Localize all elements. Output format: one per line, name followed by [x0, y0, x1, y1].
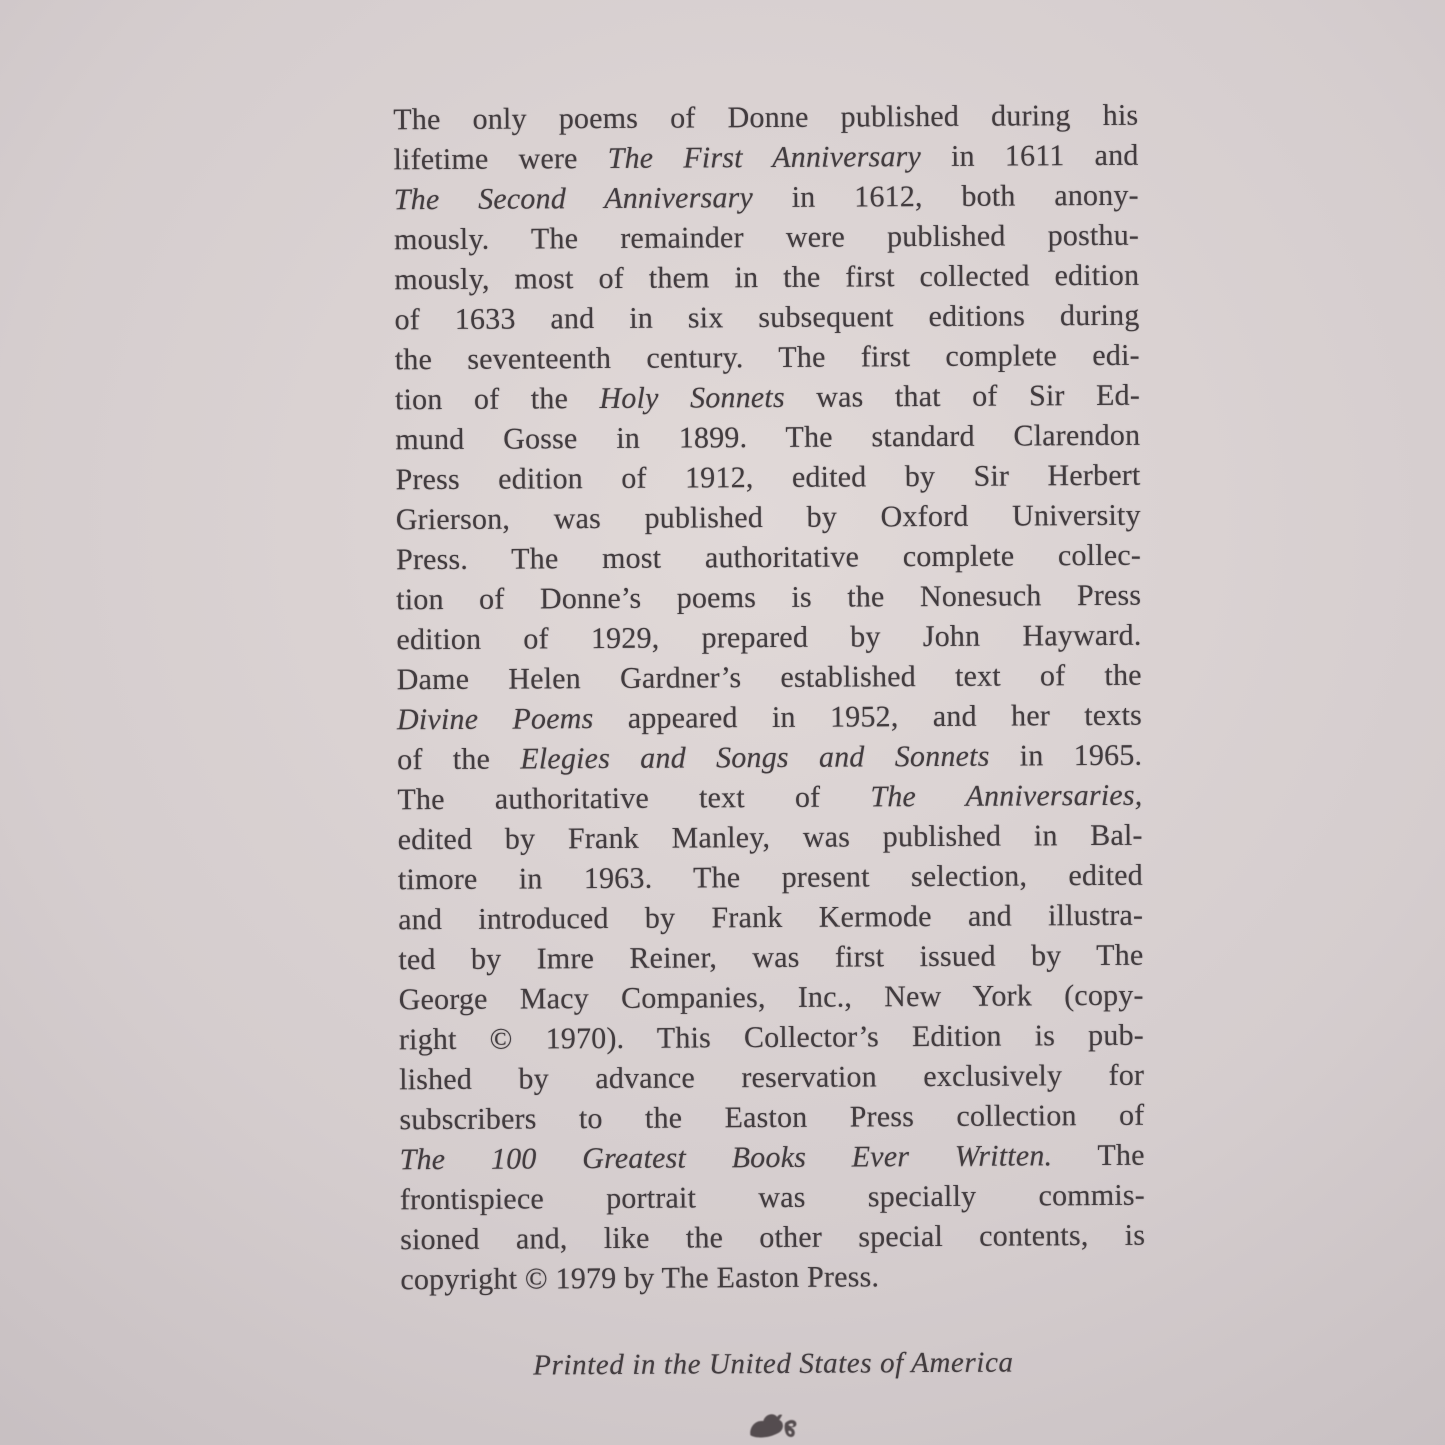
colophon-line: right © 1970). This Collector’s Edition … — [399, 1016, 1144, 1061]
colophon-text: appeared in 1952, and her texts — [593, 699, 1142, 735]
colophon-text: tion of the — [395, 382, 600, 416]
colophon-line: edition of 1929, prepared by John Haywar… — [396, 616, 1141, 661]
colophon-text: of the — [397, 743, 520, 777]
colophon-line: The Second Anniversary in 1612, both ano… — [394, 176, 1139, 221]
colophon-line: Press edition of 1912, edited by Sir Her… — [395, 456, 1140, 501]
colophon-text: was that of Sir Ed- — [785, 379, 1140, 414]
colophon-line: Divine Poems appeared in 1952, and her t… — [397, 696, 1142, 741]
colophon-text: in 1611 and — [921, 139, 1139, 173]
colophon-line: copyright © 1979 by The Easton Press. — [400, 1256, 1145, 1301]
colophon-line: lished by advance reservation exclusivel… — [399, 1056, 1144, 1101]
colophon-line: frontispiece portrait was specially comm… — [400, 1176, 1145, 1221]
colophon-line: Dame Helen Gardner’s established text of… — [397, 656, 1142, 701]
colophon-text: frontispiece portrait was specially comm… — [400, 1179, 1145, 1217]
colophon-line: ted by Imre Reiner, was first issued by … — [398, 936, 1143, 981]
colophon-italic-title: The Second Anniversary — [394, 181, 753, 216]
colophon-line: Press. The most authoritative complete c… — [396, 536, 1141, 581]
colophon-italic-title: Divine Poems — [397, 702, 594, 736]
colophon-line: tion of Donne’s poems is the Nonesuch Pr… — [396, 576, 1141, 621]
colophon-text: of 1633 and in six subsequent editions d… — [394, 299, 1139, 337]
colophon-text: The — [1052, 1139, 1145, 1173]
colophon-text: in 1965. — [989, 739, 1142, 773]
colophon-text: Grierson, was published by Oxford Univer… — [396, 499, 1141, 537]
colophon-line: of 1633 and in six subsequent editions d… — [394, 296, 1139, 341]
book-colophon-page: The only poems of Donne published during… — [393, 0, 1147, 1445]
colophon-text: Press. The most authoritative complete c… — [396, 539, 1141, 577]
colophon-text: lished by advance reservation exclusivel… — [399, 1059, 1144, 1097]
ornament-row — [401, 1408, 1146, 1445]
colophon-line: The 100 Greatest Books Ever Written. The — [400, 1136, 1145, 1181]
colophon-line: sioned and, like the other special conte… — [400, 1216, 1145, 1261]
colophon-line: the seventeenth century. The first compl… — [395, 336, 1140, 381]
colophon-line: The only poems of Donne published during… — [393, 96, 1138, 141]
colophon-text: lifetime were — [393, 142, 607, 176]
colophon-text: edition of 1929, prepared by John Haywar… — [396, 619, 1141, 657]
colophon-line: of the Elegies and Songs and Sonnets in … — [397, 736, 1142, 781]
colophon-line: The authoritative text of The Anniversar… — [397, 776, 1142, 821]
colophon-text: mously, most of them in the first collec… — [394, 259, 1139, 297]
colophon-text: mund Gosse in 1899. The standard Clarend… — [395, 419, 1140, 457]
colophon-line: subscribers to the Easton Press collecti… — [399, 1096, 1144, 1141]
colophon-text: copyright © 1979 by The Easton Press. — [400, 1260, 879, 1296]
colophon-text: right © 1970). This Collector’s Edition … — [399, 1019, 1144, 1057]
colophon-text: timore in 1963. The present selection, e… — [398, 859, 1143, 897]
colophon-line: tion of the Holy Sonnets was that of Sir… — [395, 376, 1140, 421]
colophon-text: mously. The remainder were published pos… — [394, 219, 1139, 257]
colophon-line: timore in 1963. The present selection, e… — [398, 856, 1143, 901]
printer-bird-ornament-icon — [747, 1410, 801, 1443]
colophon-italic-title: The First Anniversary — [608, 140, 922, 175]
colophon-text: The only poems of Donne published during… — [393, 99, 1138, 137]
colophon-text: George Macy Companies, Inc., New York (c… — [399, 979, 1144, 1017]
colophon-line: lifetime were The First Anniversary in 1… — [393, 136, 1138, 181]
colophon-italic-title: Holy Sonnets — [599, 381, 784, 415]
colophon-text: tion of Donne’s poems is the Nonesuch Pr… — [396, 579, 1141, 617]
colophon-line: and introduced by Frank Kermode and illu… — [398, 896, 1143, 941]
colophon-text: edited by Frank Manley, was published in… — [398, 819, 1143, 857]
colophon-line: mously. The remainder were published pos… — [394, 216, 1139, 261]
colophon-text: sioned and, like the other special conte… — [400, 1219, 1145, 1257]
colophon-text: the seventeenth century. The first compl… — [395, 339, 1140, 377]
colophon-text: Dame Helen Gardner’s established text of… — [397, 659, 1142, 697]
colophon-line: Grierson, was published by Oxford Univer… — [396, 496, 1141, 541]
colophon-text: ted by Imre Reiner, was first issued by … — [398, 939, 1143, 977]
colophon-italic-title: The 100 Greatest Books Ever Written. — [400, 1139, 1053, 1176]
colophon-text: Press edition of 1912, edited by Sir Her… — [395, 459, 1140, 497]
imprint-line: Printed in the United States of America — [401, 1342, 1146, 1387]
colophon-text: and introduced by Frank Kermode and illu… — [398, 899, 1143, 937]
colophon-line: edited by Frank Manley, was published in… — [398, 816, 1143, 861]
colophon-text: subscribers to the Easton Press collecti… — [399, 1099, 1144, 1137]
colophon-line: George Macy Companies, Inc., New York (c… — [399, 976, 1144, 1021]
colophon-text-block: The only poems of Donne published during… — [393, 0, 1146, 1300]
colophon-line: mund Gosse in 1899. The standard Clarend… — [395, 416, 1140, 461]
colophon-text: The authoritative text of — [397, 780, 870, 816]
colophon-line: mously, most of them in the first collec… — [394, 256, 1139, 301]
colophon-italic-title: Elegies and Songs and Sonnets — [520, 740, 989, 776]
colophon-italic-title: The Anniversaries, — [870, 779, 1142, 814]
colophon-text: in 1612, both anony- — [753, 179, 1139, 214]
